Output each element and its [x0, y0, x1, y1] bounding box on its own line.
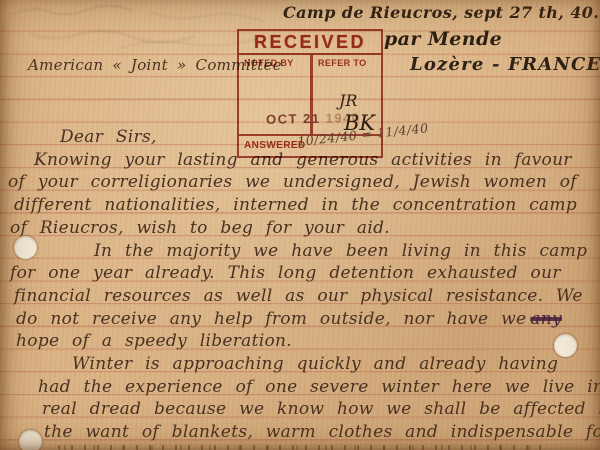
clipped-text-line [58, 445, 546, 450]
letter-line: of your correligionaries we undersigned,… [8, 171, 598, 194]
refer-to-label: REFER TO [318, 58, 367, 68]
punch-hole [19, 430, 42, 450]
punch-hole [14, 236, 37, 259]
letter-line: for one year already. This long detentio… [10, 262, 598, 285]
received-stamp-body: NOTED BY REFER TO OCT 21 1940 JR BK [239, 55, 381, 134]
letter-line: hope of a speedy liberation. [16, 330, 598, 353]
noted-by-label: NOTED BY [244, 58, 294, 68]
letter-line: In the majority we have been living in t… [94, 240, 598, 263]
location-line2: Lozère - FRANCE [410, 54, 600, 75]
letter-line: of Rieucros, wish to beg for your aid. [10, 217, 598, 240]
letter-line: financial resources as well as our physi… [14, 285, 598, 308]
date-stamp-day: OCT 21 [266, 111, 321, 127]
letter-line: different nationalities, interned in the… [14, 194, 598, 217]
received-stamp-title: RECEIVED [239, 31, 381, 55]
letter-line: do not receive any help from outside, no… [16, 309, 526, 329]
letter-line: real dread because we know how we shall … [42, 398, 598, 421]
letter-page: Camp de Rieucros, sept 27 th, 40. par Me… [0, 0, 600, 450]
letter-line: the want of blankets, warm clothes and i… [44, 421, 598, 444]
letter-line-with-strikeout: do not receive any help from outside, no… [16, 308, 598, 331]
dateline-text: Camp de Rieucros, sept 27 th, 40. [283, 3, 599, 22]
letter-line: had the experience of one severe winter … [38, 376, 598, 399]
location-line1: par Mende [384, 28, 502, 50]
struck-out-word: any [530, 309, 562, 329]
letter-line: Winter is approaching quickly and alread… [72, 353, 598, 376]
punch-hole [554, 334, 577, 357]
letter-body: Dear Sirs, Knowing your lasting and gene… [8, 126, 598, 444]
refer-initials-jr: JR [339, 91, 357, 110]
